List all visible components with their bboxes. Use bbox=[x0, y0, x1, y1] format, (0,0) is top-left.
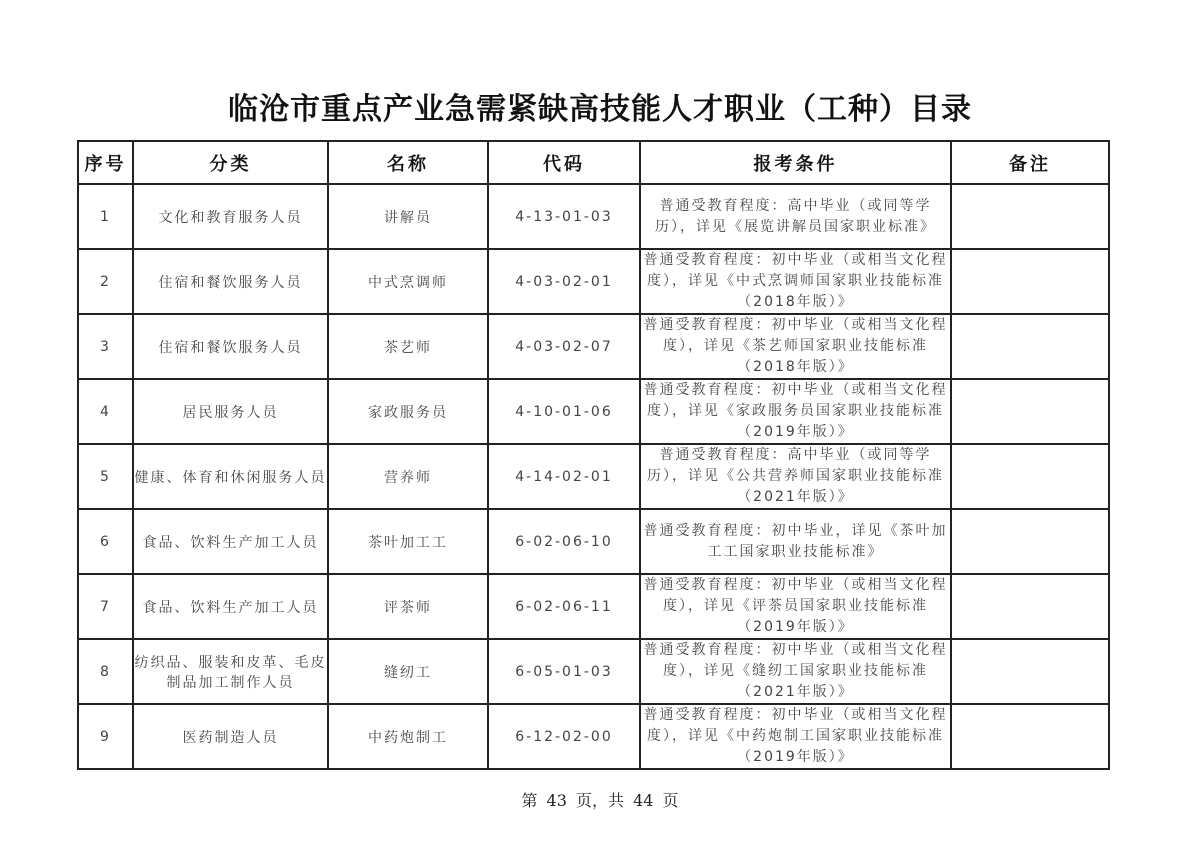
cell-code: 4-10-01-06 bbox=[488, 379, 640, 444]
cell-name: 中药炮制工 bbox=[328, 704, 488, 769]
cell-seq: 7 bbox=[78, 574, 133, 639]
table-header-row: 序号 分类 名称 代码 报考条件 备注 bbox=[78, 141, 1109, 184]
cell-name: 茶艺师 bbox=[328, 314, 488, 379]
header-name: 名称 bbox=[328, 141, 488, 184]
cell-remark bbox=[951, 379, 1109, 444]
cell-code: 6-12-02-00 bbox=[488, 704, 640, 769]
cell-remark bbox=[951, 574, 1109, 639]
cell-condition: 普通受教育程度：高中毕业（或同等学历），详见《展览讲解员国家职业标准》 bbox=[640, 184, 951, 249]
cell-remark bbox=[951, 704, 1109, 769]
cell-seq: 9 bbox=[78, 704, 133, 769]
cell-seq: 4 bbox=[78, 379, 133, 444]
cell-name: 缝纫工 bbox=[328, 639, 488, 704]
cell-name: 家政服务员 bbox=[328, 379, 488, 444]
page-title: 临沧市重点产业急需紧缺高技能人才职业（工种）目录 bbox=[0, 84, 1200, 128]
table-row: 5 健康、体育和休闲服务人员 营养师 4-14-02-01 普通受教育程度：高中… bbox=[78, 444, 1109, 509]
table-row: 7 食品、饮料生产加工人员 评茶师 6-02-06-11 普通受教育程度：初中毕… bbox=[78, 574, 1109, 639]
cell-code: 4-14-02-01 bbox=[488, 444, 640, 509]
cell-condition: 普通受教育程度：初中毕业（或相当文化程度），详见《家政服务员国家职业技能标准（2… bbox=[640, 379, 951, 444]
cell-remark bbox=[951, 444, 1109, 509]
cell-seq: 2 bbox=[78, 249, 133, 314]
table-row: 8 纺织品、服装和皮革、毛皮制品加工制作人员 缝纫工 6-05-01-03 普通… bbox=[78, 639, 1109, 704]
cell-category: 住宿和餐饮服务人员 bbox=[133, 314, 328, 379]
cell-category: 居民服务人员 bbox=[133, 379, 328, 444]
header-seq: 序号 bbox=[78, 141, 133, 184]
cell-name: 讲解员 bbox=[328, 184, 488, 249]
occupation-catalog-table: 序号 分类 名称 代码 报考条件 备注 1 文化和教育服务人员 讲解员 4-13… bbox=[77, 140, 1110, 770]
cell-remark bbox=[951, 509, 1109, 574]
cell-code: 6-02-06-10 bbox=[488, 509, 640, 574]
cell-condition: 普通受教育程度：初中毕业（或相当文化程度），详见《评茶员国家职业技能标准（201… bbox=[640, 574, 951, 639]
cell-category: 食品、饮料生产加工人员 bbox=[133, 574, 328, 639]
cell-seq: 6 bbox=[78, 509, 133, 574]
cell-remark bbox=[951, 184, 1109, 249]
cell-condition: 普通受教育程度：初中毕业（或相当文化程度），详见《茶艺师国家职业技能标准（201… bbox=[640, 314, 951, 379]
cell-condition: 普通受教育程度：初中毕业，详见《茶叶加工工国家职业技能标准》 bbox=[640, 509, 951, 574]
cell-condition: 普通受教育程度：初中毕业（或相当文化程度），详见《缝纫工国家职业技能标准（202… bbox=[640, 639, 951, 704]
table-row: 2 住宿和餐饮服务人员 中式烹调师 4-03-02-01 普通受教育程度：初中毕… bbox=[78, 249, 1109, 314]
table-row: 9 医药制造人员 中药炮制工 6-12-02-00 普通受教育程度：初中毕业（或… bbox=[78, 704, 1109, 769]
cell-remark bbox=[951, 314, 1109, 379]
cell-category: 食品、饮料生产加工人员 bbox=[133, 509, 328, 574]
table-row: 3 住宿和餐饮服务人员 茶艺师 4-03-02-07 普通受教育程度：初中毕业（… bbox=[78, 314, 1109, 379]
header-remark: 备注 bbox=[951, 141, 1109, 184]
header-code: 代码 bbox=[488, 141, 640, 184]
header-condition: 报考条件 bbox=[640, 141, 951, 184]
cell-name: 中式烹调师 bbox=[328, 249, 488, 314]
cell-name: 营养师 bbox=[328, 444, 488, 509]
cell-category: 医药制造人员 bbox=[133, 704, 328, 769]
cell-code: 4-13-01-03 bbox=[488, 184, 640, 249]
cell-remark bbox=[951, 249, 1109, 314]
cell-remark bbox=[951, 639, 1109, 704]
cell-name: 评茶师 bbox=[328, 574, 488, 639]
table-row: 6 食品、饮料生产加工人员 茶叶加工工 6-02-06-10 普通受教育程度：初… bbox=[78, 509, 1109, 574]
cell-condition: 普通受教育程度：初中毕业（或相当文化程度），详见《中式烹调师国家职业技能标准（2… bbox=[640, 249, 951, 314]
cell-code: 6-05-01-03 bbox=[488, 639, 640, 704]
table-row: 1 文化和教育服务人员 讲解员 4-13-01-03 普通受教育程度：高中毕业（… bbox=[78, 184, 1109, 249]
cell-code: 4-03-02-01 bbox=[488, 249, 640, 314]
cell-code: 4-03-02-07 bbox=[488, 314, 640, 379]
table-row: 4 居民服务人员 家政服务员 4-10-01-06 普通受教育程度：初中毕业（或… bbox=[78, 379, 1109, 444]
cell-category: 纺织品、服装和皮革、毛皮制品加工制作人员 bbox=[133, 639, 328, 704]
cell-name: 茶叶加工工 bbox=[328, 509, 488, 574]
cell-category: 文化和教育服务人员 bbox=[133, 184, 328, 249]
cell-seq: 8 bbox=[78, 639, 133, 704]
cell-seq: 3 bbox=[78, 314, 133, 379]
cell-category: 住宿和餐饮服务人员 bbox=[133, 249, 328, 314]
cell-category: 健康、体育和休闲服务人员 bbox=[133, 444, 328, 509]
cell-code: 6-02-06-11 bbox=[488, 574, 640, 639]
cell-condition: 普通受教育程度：高中毕业（或同等学历），详见《公共营养师国家职业技能标准（202… bbox=[640, 444, 951, 509]
header-category: 分类 bbox=[133, 141, 328, 184]
page-number-footer: 第 43 页，共 44 页 bbox=[0, 788, 1200, 811]
cell-condition: 普通受教育程度：初中毕业（或相当文化程度），详见《中药炮制工国家职业技能标准（2… bbox=[640, 704, 951, 769]
cell-seq: 1 bbox=[78, 184, 133, 249]
cell-seq: 5 bbox=[78, 444, 133, 509]
